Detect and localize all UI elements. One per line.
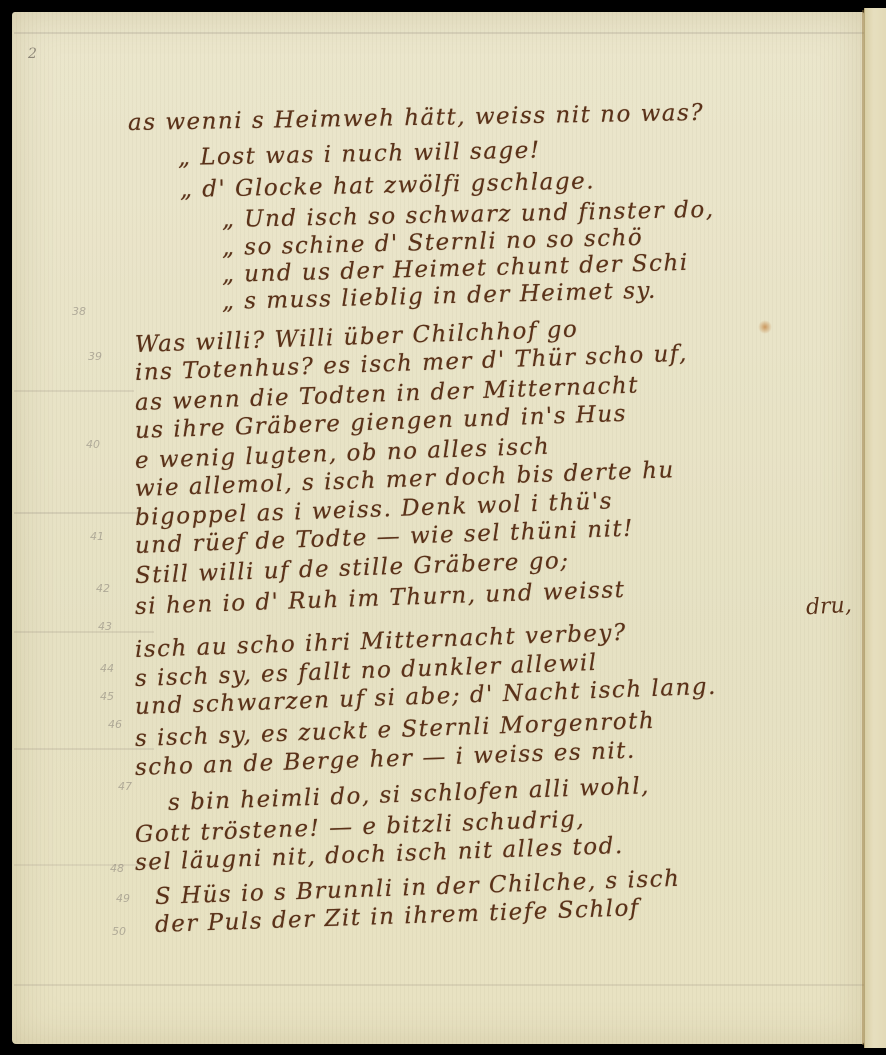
inserted-word: dru,	[805, 593, 852, 620]
manuscript-text: as wenni s Heimweh hätt, weiss nit no wa…	[0, 0, 886, 1055]
text-line: „ Lost was i nuch will sage!	[178, 137, 541, 171]
text-line: „ d' Glocke hat zwölfi gschlage.	[180, 168, 596, 203]
text-line: as wenni s Heimweh hätt, weiss nit no wa…	[128, 100, 705, 136]
